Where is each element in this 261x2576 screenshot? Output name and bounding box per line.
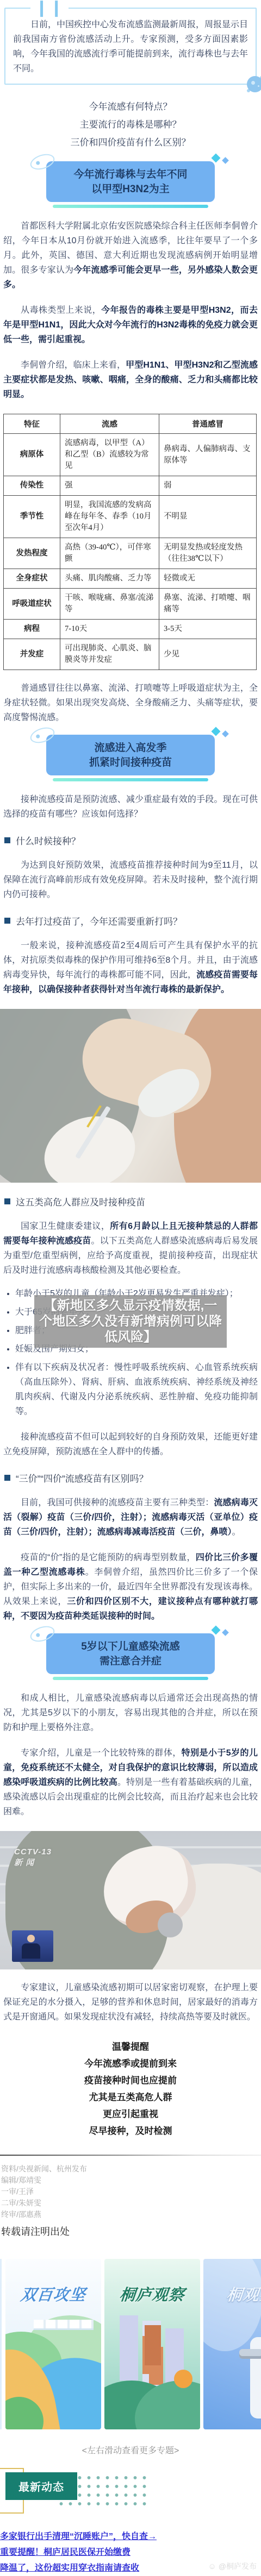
latest-section: 最新动态 [0, 2472, 261, 2512]
badge-line: 今年流行毒株与去年不同 [73, 169, 187, 180]
badge-title: 今年流行毒株与去年不同 以甲型H3N2为主 [46, 161, 215, 202]
topic-carousel[interactable]: 双百攻坚 桐庐观察 桐观察 [0, 2259, 261, 2429]
paragraph: 为达到良好预防效果，流感疫苗推荐接种时间为9至11月，以保障在流行高峰前形成有效… [3, 858, 258, 902]
sparkle-icon [212, 154, 221, 163]
credit-line: 编辑/郑靖雯 [1, 2175, 261, 2186]
reminder-line: 更应引起重视 [0, 2106, 261, 2123]
question-list: 今年流感有何特点？ 主要流行的毒株是哪种？ 三价和四价疫苗有什么区别？ [0, 98, 261, 151]
sparkle-icon [222, 730, 229, 737]
repost-notice: 转载请注明出处 [1, 2224, 261, 2238]
sub-heading-text: “三价”“四价”流感疫苗有区别吗？ [16, 1471, 148, 1485]
table-cell: 不明显 [159, 496, 257, 538]
table-cell: 流感病毒，以甲型（A）和乙型（B）流感较为常见 [60, 434, 159, 476]
related-link[interactable]: 重要提醒！桐庐居民医保开始缴费 [0, 2545, 261, 2560]
paragraph: 专家建议，儿童感染流感初期可以居家密切观察，在护理上要保证充足的水分摄入，足够的… [3, 1980, 258, 2024]
text-run: 专家介绍，儿童是一个比较特殊的群体， [21, 1748, 182, 1758]
sparkle-icon [212, 1626, 221, 1635]
latest-news-badge: 最新动态 [5, 2472, 77, 2500]
wechat-icon: ☺ [208, 2562, 216, 2571]
question-line: 主要流行的毒株是哪种？ [0, 116, 261, 134]
card-title: 双百攻坚 [5, 2283, 101, 2305]
credits-block: 资料/央视新闻、杭州发布 编辑/郑靖雯 一审/王泽 二审/朱妍雯 终审/邵惠燕 [0, 2163, 261, 2220]
sparkle-icon [212, 727, 221, 736]
square-bullet-icon [4, 1198, 10, 1204]
card-title: 桐庐观察 [104, 2283, 200, 2305]
reminder-line: 疫苗接种时间也应提前 [0, 2072, 261, 2089]
question-line: 三价和四价疫苗有什么区别？ [0, 134, 261, 151]
section-badge-3: 5岁以下儿童感染流感 需注意合并症 [46, 1633, 215, 1680]
table-cell: 7-10天 [60, 620, 159, 639]
square-bullet-icon [4, 1475, 10, 1481]
topic-card-shuangbai[interactable]: 双百攻坚 [5, 2259, 101, 2429]
badge-underline [53, 778, 208, 781]
badge-line: 需注意合并症 [100, 1656, 161, 1667]
sub-heading: 去年打过疫苗了，今年还需要重新打吗？ [3, 914, 258, 927]
reminder-line: 尽早接种，及时检测 [0, 2123, 261, 2139]
table-cell: 全身症状 [4, 569, 60, 589]
table-cell: 干咳、喉咙痛、鼻塞/流涕等 [60, 589, 159, 620]
square-bullet-icon [4, 837, 10, 843]
text-run: 目前，我国可供接种的流感疫苗主要有三种类型： [21, 1498, 214, 1507]
account-watermark: ☺ @桐庐发布 [208, 2561, 257, 2572]
related-link[interactable]: 多家银行出手清理“沉睡账户”，快自查→ [0, 2529, 261, 2545]
credit-line: 资料/央视新闻、杭州发布 [1, 2163, 261, 2174]
card-art [145, 2325, 161, 2365]
square-bullet-icon [4, 918, 10, 924]
table-cell: 呼吸道症状 [4, 589, 60, 620]
section-badge-2: 流感进入高发季 抓紧时间接种疫苗 [46, 735, 215, 781]
paragraph: 从毒株类型上来说，今年报告的毒株主要是甲型H3N2，而去年是甲型H1N1，因此大… [3, 303, 258, 347]
paragraph: 目前，我国可供接种的流感疫苗主要有三种类型：流感病毒灭活（裂解）疫苗（三价/四价… [3, 1495, 258, 1539]
table-cell: 可出现肺炎、心肌炎、脑膜炎等并发症 [60, 639, 159, 670]
badge-line: 5岁以下儿童感染流感 [81, 1641, 180, 1652]
table-cell: 无明显发热或轻度发热（往往38℃以下） [159, 538, 257, 569]
cctv-news-photo: CCTV-13 新 闻 [0, 1831, 261, 1969]
paragraph: 一般来说，接种流感疫苗2至4周后可产生具有保护水平的抗体，对抗原类似毒株的保护作… [3, 938, 258, 997]
sub-heading: 什么时候接种？ [3, 834, 258, 847]
sub-heading: 这五类高危人群应及时接种疫苗 [3, 1195, 258, 1208]
paragraph: 李侗曾介绍，临床上来看，甲型H1N1、甲型H3N2和乙型流感主要症状都是发热、咳… [3, 358, 258, 402]
topic-card-tongguancha[interactable]: 桐观察 [203, 2259, 261, 2429]
card-art [120, 2315, 138, 2381]
table-cell: 弱 [159, 476, 257, 496]
table-row: 发热程度 高热（39-40℃），可伴寒颤 无明显发热或轻度发热（往往38℃以下） [4, 538, 257, 569]
watermark-overlay: 【新地区多久显示疫情数据,一个地区多久没有新增病例可以降低风险】 [34, 1295, 227, 1348]
table-row: 病原体 流感病毒，以甲型（A）和乙型（B）流感较为常见 鼻病毒、人偏肺病毒、支原… [4, 434, 257, 476]
table-cell: 头痛、肌肉酸痛、乏力等 [60, 569, 159, 589]
credit-line: 二审/朱妍雯 [1, 2198, 261, 2208]
reminder-line: 温馨提醒 [0, 2038, 261, 2055]
text-run: 疫苗的“价”指的是它能预防的病毒型别数量， [21, 1553, 196, 1562]
table-cell: 强 [60, 476, 159, 496]
badge-underline [53, 1677, 208, 1680]
card-title: 桐观察 [203, 2283, 261, 2305]
sign-language-inset [12, 1930, 53, 1962]
table-cell: 病原体 [4, 434, 60, 476]
text-run: 国家卫生健康委建议， [21, 1222, 110, 1231]
sparkle-icon [222, 157, 229, 164]
carousel-hint: <左右滑动查看更多专题> [0, 2444, 261, 2456]
table-cell: 明显，我国流感的发病高峰在每年冬、春季（10月至次年4月） [60, 496, 159, 538]
text-run: 李侗曾介绍，临床上来看， [21, 361, 126, 370]
sub-heading-text: 这五类高危人群应及时接种疫苗 [16, 1195, 145, 1208]
table-row: 病程 7-10天 3-5天 [4, 620, 257, 639]
flu-vs-cold-table: 特征 流感 普通感冒 病原体 流感病毒，以甲型（A）和乙型（B）流感较为常见 鼻… [3, 414, 257, 670]
table-row: 呼吸道症状 干咳、喉咙痛、鼻塞/流涕等 鼻塞、流涕、打喷嚏、咽痛等 [4, 589, 257, 620]
card-art [174, 2370, 192, 2388]
photo-figure [158, 1912, 183, 1937]
badge-title: 流感进入高发季 抓紧时间接种疫苗 [46, 735, 215, 775]
table-row: 季节性 明显，我国流感的发病高峰在每年冬、春季（10月至次年4月） 不明显 [4, 496, 257, 538]
badge-line: 以甲型H3N2为主 [91, 184, 170, 195]
card-art [203, 2259, 261, 2351]
intro-quote-box: ❙❙ 日前，中国疾控中心发布流感监测最新周报，周报显示目前我国南方省份流感活动上… [4, 8, 257, 85]
list-item: 伴有以下疾病及状况者：慢性呼吸系统疾病、心血管系统疾病（高血压除外）、肾病、肝病… [15, 1360, 258, 1419]
table-cell: 发热程度 [4, 538, 60, 569]
badge-underline [53, 205, 208, 208]
table-cell: 少见 [159, 639, 257, 670]
table-cell: 轻微或无 [159, 569, 257, 589]
table-cell: 季节性 [4, 496, 60, 538]
paragraph: 接种流感疫苗是预防流感、减少重症最有效的手段。现在可供选择的疫苗有哪些？应该如何… [3, 792, 258, 822]
question-line: 今年流感有何特点？ [0, 98, 261, 116]
divider [0, 2155, 261, 2156]
section-badge-1: 今年流行毒株与去年不同 以甲型H3N2为主 [46, 161, 215, 208]
table-header: 普通感冒 [159, 414, 257, 434]
table-cell: 鼻塞、流涕、打喷嚏、咽痛等 [159, 589, 257, 620]
table-row: 全身症状 头痛、肌肉酸痛、乏力等 轻微或无 [4, 569, 257, 589]
vaccination-photo [0, 1009, 261, 1183]
article-page: ❙❙ 日前，中国疾控中心发布流感监测最新周报，周报显示目前我国南方省份流感活动上… [0, 0, 261, 2576]
credit-line: 一审/王泽 [1, 2186, 261, 2197]
sub-heading-text: 去年打过疫苗了，今年还需要重新打吗？ [16, 914, 182, 927]
text-run: 从毒株类型上来说， [21, 306, 101, 315]
quote-icon: ❙❙ [30, 0, 69, 16]
cctv-logo-line: 新 闻 [14, 1857, 52, 1868]
table-cell: 高热（39-40℃），可伴寒颤 [60, 538, 159, 569]
credit-line: 终审/邵惠燕 [1, 2209, 261, 2220]
paragraph: 普通感冒往往以鼻塞、流涕、打喷嚏等上呼吸道症状为主，全身症状轻微。如果出现突发高… [3, 681, 258, 725]
paragraph: 国家卫生健康委建议，所有6月龄以上且无接种禁忌的人群都需要每年接种流感疫苗。以下… [3, 1219, 258, 1278]
badge-line: 抓紧时间接种疫苗 [89, 757, 172, 768]
cctv-logo-line: CCTV-13 [14, 1847, 52, 1857]
badge-line: 流感进入高发季 [94, 742, 166, 754]
card-art [34, 2320, 94, 2328]
table-cell: 传染性 [4, 476, 60, 496]
table-cell: 鼻病毒、人偏肺病毒、支原体等 [159, 434, 257, 476]
topic-card-tonglu-guancha[interactable]: 桐庐观察 [104, 2259, 200, 2429]
paragraph: 首都医科大学附属北京佑安医院感染综合科主任医师李侗曾介绍，今年日本从10月份就开… [3, 219, 258, 292]
card-edge-sliver [0, 2259, 2, 2429]
reminder-line: 今年流感季或提前到来 [0, 2055, 261, 2072]
badge-title: 5岁以下儿童感染流感 需注意合并症 [46, 1633, 215, 1674]
table-header: 特征 [4, 414, 60, 434]
text-run: 。 [232, 1527, 240, 1537]
sub-heading: “三价”“四价”流感疫苗有区别吗？ [3, 1471, 258, 1485]
reminder-block: 温馨提醒 今年流感季或提前到来 疫苗接种时间也应提前 尤其是五类高危人群 更应引… [0, 2038, 261, 2139]
account-watermark-text: @桐庐发布 [219, 2561, 257, 2572]
high-risk-groups: 【新地区多久显示疫情数据,一个地区多久没有新增病例可以降低风险】 年龄小于5岁的… [0, 1286, 261, 1419]
table-row: 并发症 可出现肺炎、心肌炎、脑膜炎等并发症 少见 [4, 639, 257, 670]
paragraph: 和成人相比，儿童感染流感病毒以后通常还会出现高热的情况，尤其是5岁以下的小朋友，… [3, 1691, 258, 1735]
virus-icon [247, 76, 261, 92]
card-art [239, 2349, 261, 2359]
paragraph: 疫苗的“价”指的是它能预防的病毒型别数量，四价比三价多覆盖一种乙型流感毒株。李侗… [3, 1550, 258, 1624]
table-header: 流感 [60, 414, 159, 434]
reminder-line: 尤其是五类高危人群 [0, 2089, 261, 2106]
table-cell: 3-5天 [159, 620, 257, 639]
table-cell: 并发症 [4, 639, 60, 670]
paragraph: 接种流感疫苗不但可以起到较好的自身预防效果，还能更好建立免疫屏障，预防流感在全人… [3, 1430, 258, 1459]
sub-heading-text: 什么时候接种？ [16, 834, 80, 847]
intro-text: 日前，中国疾控中心发布流感监测最新周报，周报显示目前我国南方省份流感活动上升。专… [13, 17, 248, 76]
table-cell: 病程 [4, 620, 60, 639]
paragraph: 专家介绍，儿童是一个比较特殊的群体，特别是小于5岁的儿童，免疫系统还不太健全，对… [3, 1746, 258, 1819]
table-row: 传染性 强 弱 [4, 476, 257, 496]
sparkle-icon [222, 1629, 229, 1636]
cctv-logo-watermark: CCTV-13 新 闻 [14, 1847, 52, 1868]
